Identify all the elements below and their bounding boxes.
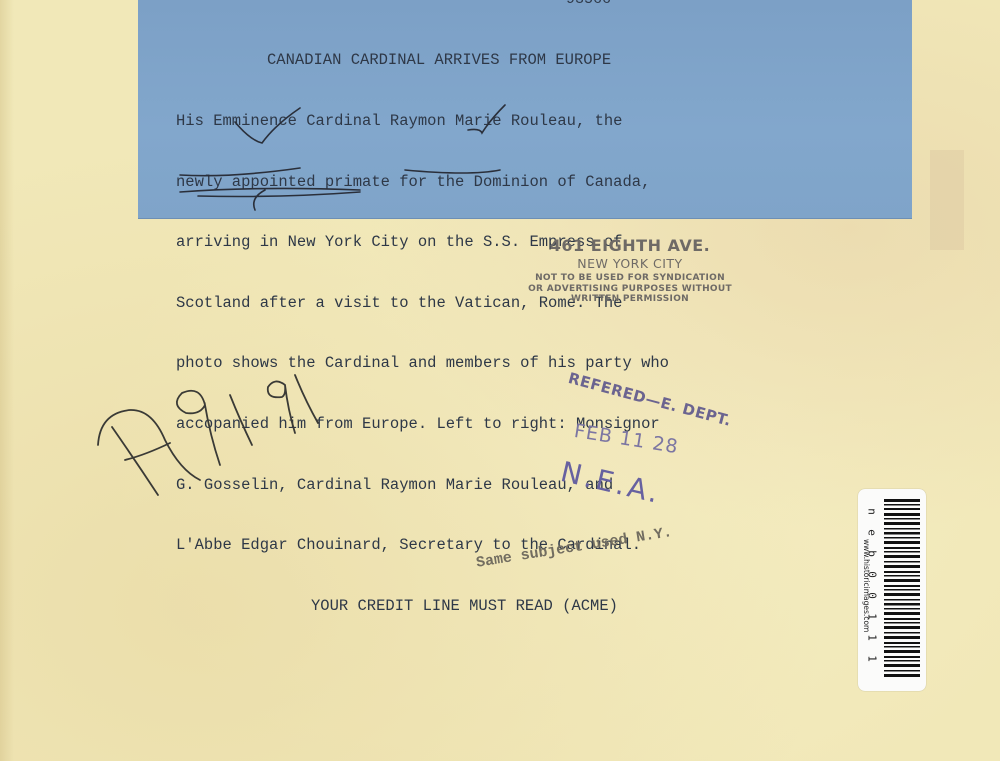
code-char: 1 [858, 632, 879, 644]
caption-slip: 93566 CANADIAN CARDINAL ARRIVES FROM EUR… [138, 0, 912, 218]
code-char: n [858, 506, 879, 518]
barcode-website: www.historicimages.com [862, 539, 871, 632]
paper-edge-shadow [0, 0, 14, 761]
caption-line: His Emminence Cardinal Raymon Marie Roul… [176, 111, 896, 131]
barcode-label: n e b 0 0 1 1 1 www.historicimages.com [858, 489, 926, 691]
barcode-icon [884, 499, 920, 681]
agency-city: NEW YORK CITY [480, 256, 780, 271]
agency-address-stamp: 461 EIGHTH AVE. NEW YORK CITY NOT TO BE … [480, 236, 780, 305]
notice-line: WRITTEN PERMISSION [480, 294, 780, 305]
handwritten-number [90, 365, 330, 505]
agency-address: 461 EIGHTH AVE. [480, 236, 780, 255]
caption-credit-line: YOUR CREDIT LINE MUST READ (ACME) [176, 596, 896, 616]
notice-line: OR ADVERTISING PURPOSES WITHOUT [480, 284, 780, 295]
code-char: e [858, 527, 879, 539]
code-char: 1 [858, 653, 879, 665]
caption-line: newly appointed primate for the Dominion… [176, 172, 896, 192]
caption-headline: CANADIAN CARDINAL ARRIVES FROM EUROPE [176, 50, 896, 70]
usage-notice: NOT TO BE USED FOR SYNDICATION OR ADVERT… [480, 273, 780, 305]
notice-line: NOT TO BE USED FOR SYNDICATION [480, 273, 780, 284]
paper-stain [930, 150, 964, 250]
caption-reference-number: 93566 [566, 0, 611, 8]
